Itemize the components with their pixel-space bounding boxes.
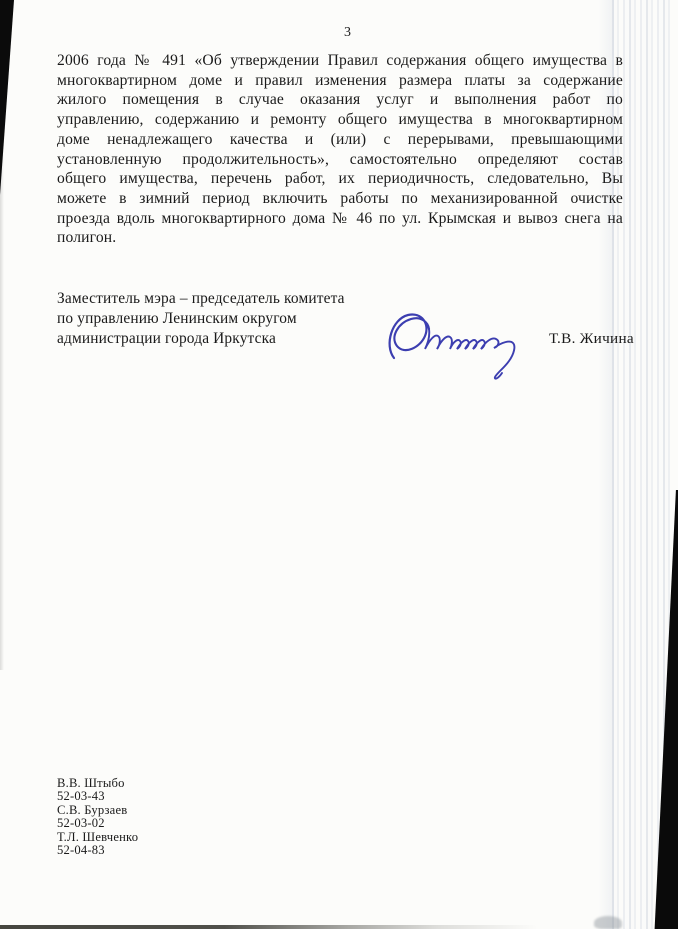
executor-name: С.В. Бурзаев: [57, 804, 138, 817]
scan-bottom-smudge: [594, 916, 622, 929]
paragraph-line: установленную продолжительность», самост…: [57, 150, 623, 170]
executor-phone: 52-04-83: [57, 844, 138, 857]
executor-name: Т.Л. Шевченко: [57, 831, 138, 844]
paragraph-line: можете в зимний период включить работы п…: [57, 189, 623, 209]
paragraph-line: многоквартирном доме и правил изменения …: [57, 71, 623, 91]
handwritten-signature-ink: [384, 303, 524, 383]
signer-title-line: Заместитель мэра – председатель комитета: [57, 289, 417, 309]
executor-phone: 52-03-43: [57, 790, 138, 803]
page-number: 3: [344, 25, 351, 41]
paragraph-line: доме ненадлежащего качества и (или) с пе…: [57, 130, 623, 150]
paragraph-line: 2006 года № 491 «Об утверждении Правил с…: [57, 51, 623, 71]
paragraph-line: жилого помещения в случае оказания услуг…: [57, 90, 623, 110]
executors-block: В.В. Штыбо 52-03-43 С.В. Бурзаев 52-03-0…: [57, 777, 138, 857]
paragraph-line: полигон.: [57, 228, 623, 248]
paragraph-line: общего имущества, перечень работ, их пер…: [57, 169, 623, 189]
paragraph-line: управлению, содержанию и ремонту общего …: [57, 110, 623, 130]
body-paragraph: 2006 года № 491 «Об утверждении Правил с…: [57, 51, 623, 248]
paragraph-line: проезда вдоль многоквартирного дома № 46…: [57, 209, 623, 229]
signer-title-block: Заместитель мэра – председатель комитета…: [57, 289, 417, 349]
scan-left-edge-shadow: [0, 150, 4, 670]
executor-phone: 52-03-02: [57, 817, 138, 830]
signer-title-line: по управлению Ленинским округом: [57, 309, 417, 329]
scan-bottom-edge-shadow: [0, 925, 560, 929]
scanned-letter-page: 3 2006 года № 491 «Об утверждении Правил…: [0, 0, 678, 929]
signer-title-line: администрации города Иркутска: [57, 329, 417, 349]
signer-name: Т.В. Жичина: [549, 330, 634, 348]
executor-name: В.В. Штыбо: [57, 777, 138, 790]
